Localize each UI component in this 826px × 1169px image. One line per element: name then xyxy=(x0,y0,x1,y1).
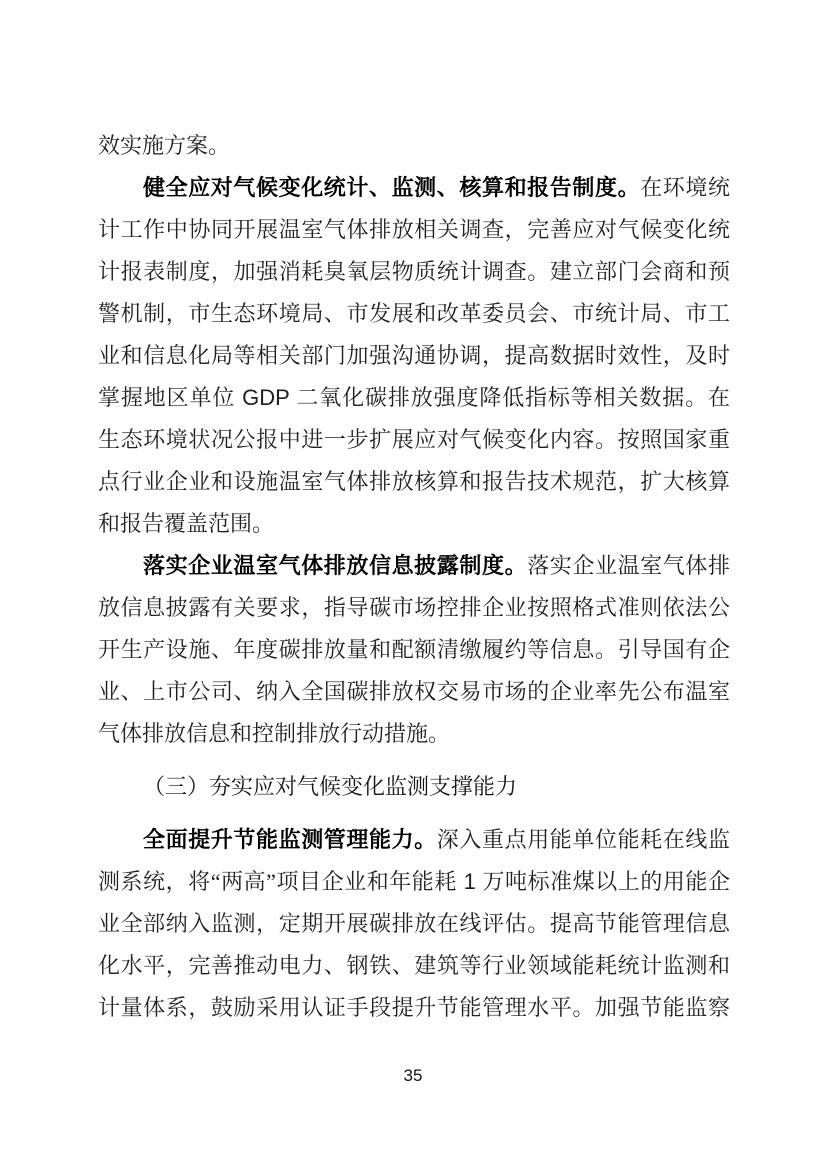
line-text: 和报告覆盖范围。 xyxy=(98,511,274,536)
line-text: 气体排放信息和控制排放行动措施。 xyxy=(98,721,450,746)
line-text: 生态环境状况公报中进一步扩展应对气候变化内容。按照国家重 xyxy=(98,427,730,452)
body-line: 健全应对气候变化统计、监测、核算和报告制度。在环境统 xyxy=(98,167,730,209)
body-line: 测系统，将“两高”项目企业和年能耗 1 万吨标准煤以上的用能企 xyxy=(98,861,730,903)
body-line: 开生产设施、年度碳排放量和配额清缴履约等信息。引导国有企 xyxy=(98,629,730,671)
body-line: 计量体系，鼓励采用认证手段提升节能管理水平。加强节能监察 xyxy=(98,987,730,1029)
paragraph-lead-bold: 落实企业温室气体排放信息披露制度。 xyxy=(143,553,527,578)
line-text-latin: 1 xyxy=(457,869,483,894)
section-heading-text: （三）夯实应对气候变化监测支撑能力 xyxy=(143,774,517,799)
line-text: 化水平，完善推动电力、钢铁、建筑等行业领域能耗统计监测和 xyxy=(98,953,730,978)
line-text: 计报表制度，加强消耗臭氧层物质统计调查。建立部门会商和预 xyxy=(98,259,730,284)
body-line: 生态环境状况公报中进一步扩展应对气候变化内容。按照国家重 xyxy=(98,419,730,461)
body-line: 效实施方案。 xyxy=(98,125,730,167)
line-text-latin: GDP xyxy=(235,385,296,410)
body-line: 落实企业温室气体排放信息披露制度。落实企业温室气体排 xyxy=(98,545,730,587)
line-text: 深入重点用能单位能耗在线监 xyxy=(437,827,730,852)
body-line: 计报表制度，加强消耗臭氧层物质统计调查。建立部门会商和预 xyxy=(98,251,730,293)
line-text: 业和信息化局等相关部门加强沟通协调，提高数据时效性，及时 xyxy=(98,343,730,368)
line-text: 计量体系，鼓励采用认证手段提升节能管理水平。加强节能监察 xyxy=(98,995,730,1020)
line-text: 放信息披露有关要求，指导碳市场控排企业按照格式准则依法公 xyxy=(98,595,730,620)
body-line: 化水平，完善推动电力、钢铁、建筑等行业领域能耗统计监测和 xyxy=(98,945,730,987)
paragraph-lead-bold: 全面提升节能监测管理能力。 xyxy=(143,827,437,852)
line-text: 落实企业温室气体排 xyxy=(527,553,730,578)
body-line: 业全部纳入监测，定期开展碳排放在线评估。提高节能管理信息 xyxy=(98,903,730,945)
line-text: 点行业企业和设施温室气体排放核算和报告技术规范，扩大核算 xyxy=(98,469,730,494)
line-text: 在环境统 xyxy=(640,175,730,200)
body-text: 效实施方案。 健全应对气候变化统计、监测、核算和报告制度。在环境统 计工作中协同… xyxy=(98,125,730,1029)
page-number: 35 xyxy=(0,1066,826,1086)
body-line: 点行业企业和设施温室气体排放核算和报告技术规范，扩大核算 xyxy=(98,461,730,503)
line-text: 万吨标准煤以上的用能企 xyxy=(482,869,730,894)
section-heading: （三）夯实应对气候变化监测支撑能力 xyxy=(98,766,730,808)
line-text: 效实施方案。 xyxy=(98,133,230,158)
body-line: 业、上市公司、纳入全国碳排放权交易市场的企业率先公布温室 xyxy=(98,671,730,713)
document-page: 效实施方案。 健全应对气候变化统计、监测、核算和报告制度。在环境统 计工作中协同… xyxy=(0,0,826,1169)
line-text: 掌握地区单位 xyxy=(98,385,235,410)
line-text: 开生产设施、年度碳排放量和配额清缴履约等信息。引导国有企 xyxy=(98,637,730,662)
body-line: 全面提升节能监测管理能力。深入重点用能单位能耗在线监 xyxy=(98,819,730,861)
line-text: 警机制，市生态环境局、市发展和改革委员会、市统计局、市工 xyxy=(98,301,730,326)
body-line: 计工作中协同开展温室气体排放相关调查，完善应对气候变化统 xyxy=(98,209,730,251)
body-line: 业和信息化局等相关部门加强沟通协调，提高数据时效性，及时 xyxy=(98,335,730,377)
body-line: 气体排放信息和控制排放行动措施。 xyxy=(98,713,730,755)
body-line: 警机制，市生态环境局、市发展和改革委员会、市统计局、市工 xyxy=(98,293,730,335)
line-text: 二氧化碳排放强度降低指标等相关数据。在 xyxy=(296,385,730,410)
line-text: 业全部纳入监测，定期开展碳排放在线评估。提高节能管理信息 xyxy=(98,911,730,936)
body-line: 放信息披露有关要求，指导碳市场控排企业按照格式准则依法公 xyxy=(98,587,730,629)
line-text: 计工作中协同开展温室气体排放相关调查，完善应对气候变化统 xyxy=(98,217,730,242)
body-line: 掌握地区单位 GDP 二氧化碳排放强度降低指标等相关数据。在 xyxy=(98,377,730,419)
body-line: 和报告覆盖范围。 xyxy=(98,503,730,545)
line-text: 测系统，将“两高”项目企业和年能耗 xyxy=(98,869,457,894)
paragraph-lead-bold: 健全应对气候变化统计、监测、核算和报告制度。 xyxy=(143,175,640,200)
line-text: 业、上市公司、纳入全国碳排放权交易市场的企业率先公布温室 xyxy=(98,679,730,704)
